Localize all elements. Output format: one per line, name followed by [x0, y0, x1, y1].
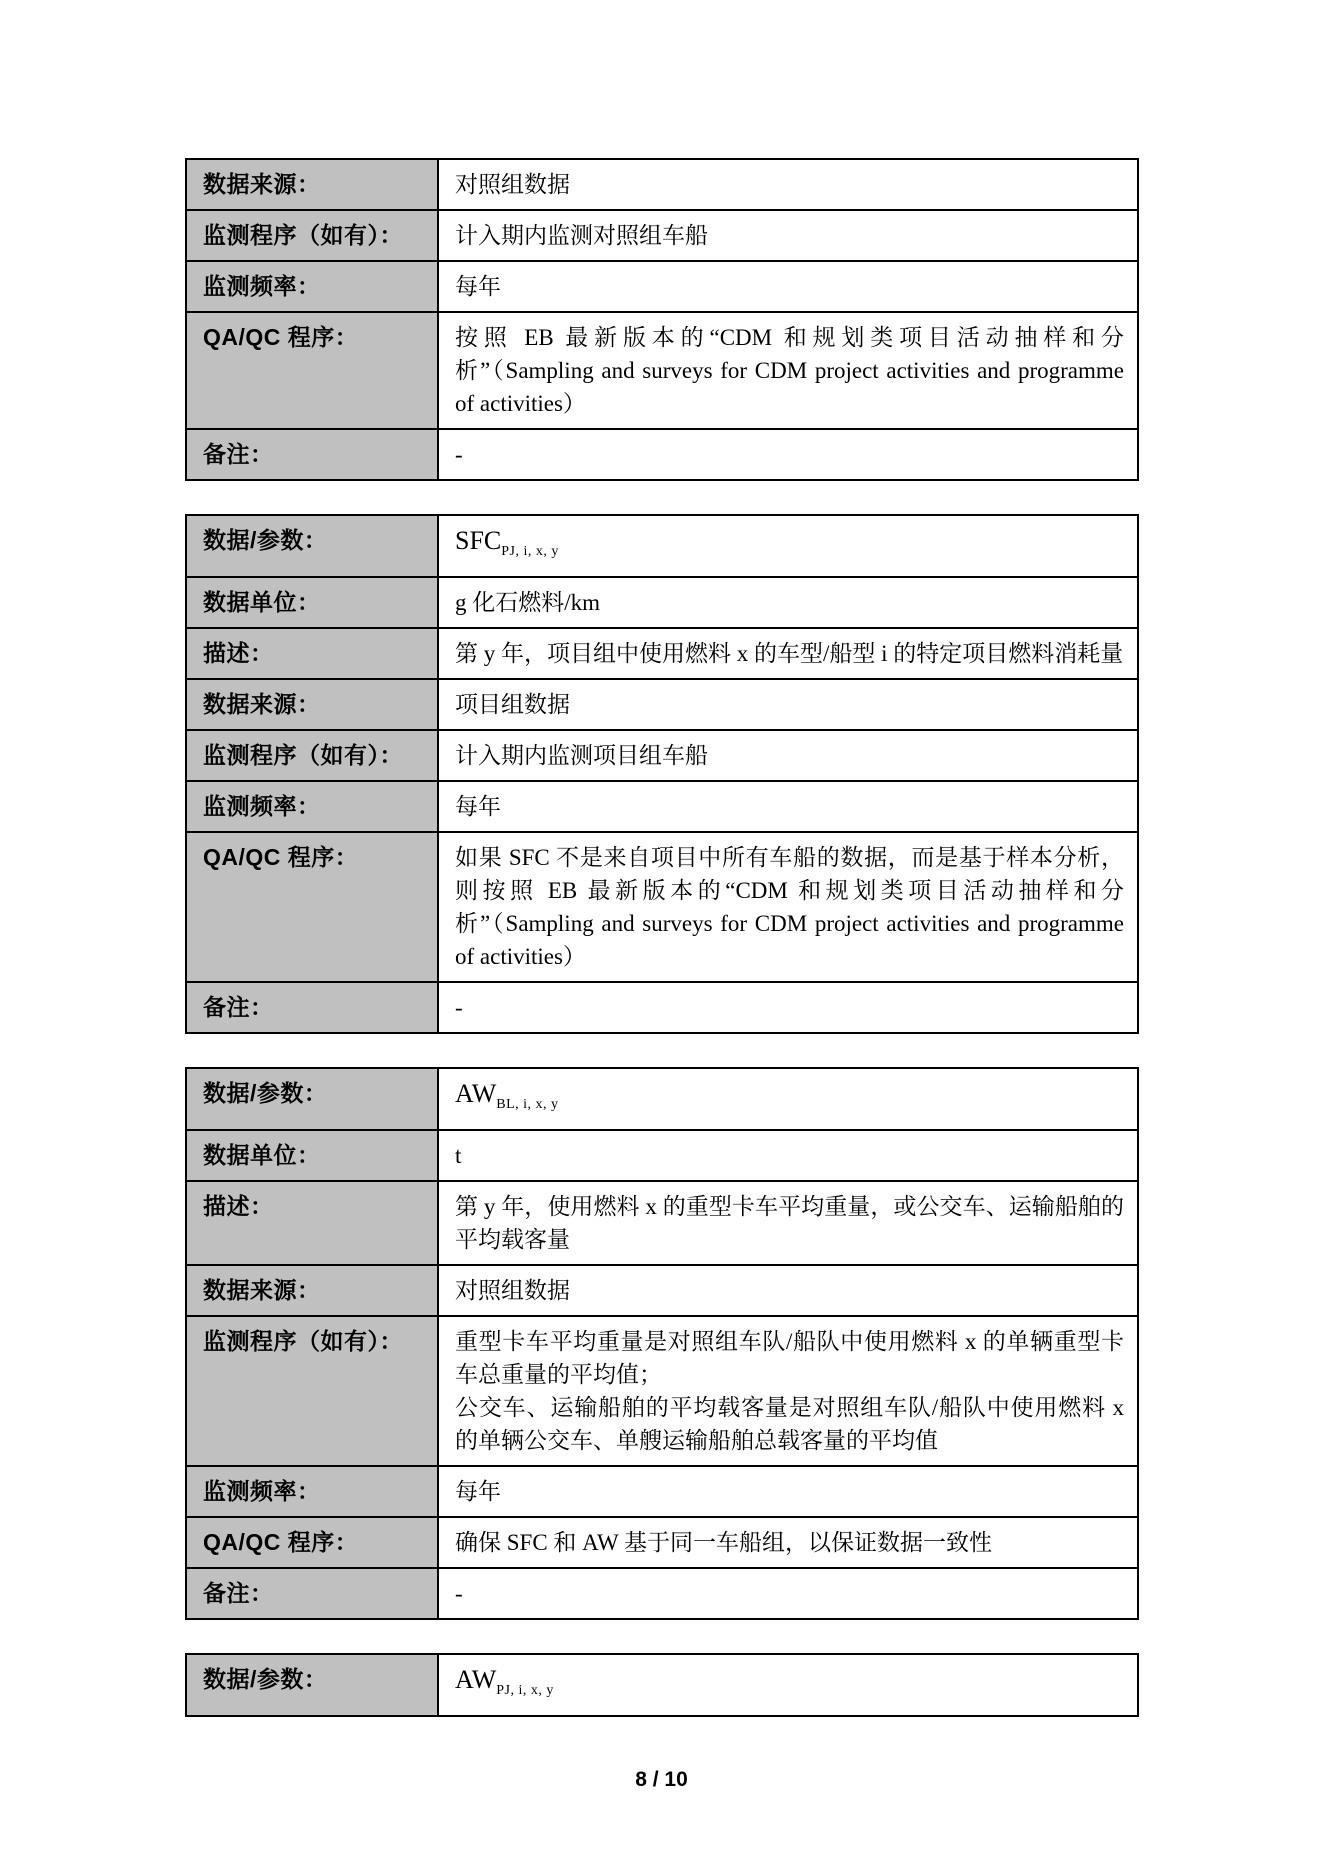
field-value-data-source: 对照组数据: [438, 159, 1138, 210]
field-label-data-parameter: 数据/参数：: [186, 515, 438, 577]
parameter-table-sfc-pj: 数据/参数： SFCPJ, i, x, y 数据单位： g 化石燃料/km 描述…: [185, 514, 1139, 1034]
field-value-qaqc-procedure: 确保 SFC 和 AW 基于同一车船组，以保证数据一致性: [438, 1517, 1138, 1568]
table-row: QA/QC 程序： 如果 SFC 不是来自项目中所有车船的数据，而是基于样本分析…: [186, 832, 1138, 982]
field-value-monitoring-procedure: 计入期内监测对照组车船: [438, 210, 1138, 261]
table-row: 监测程序（如有）： 计入期内监测对照组车船: [186, 210, 1138, 261]
field-value-monitoring-frequency: 每年: [438, 261, 1138, 312]
table-row: 数据/参数： AWBL, i, x, y: [186, 1068, 1138, 1130]
field-label-description: 描述：: [186, 628, 438, 679]
parameter-subscript: BL, i, x, y: [496, 1097, 558, 1112]
field-value-remarks: -: [438, 1568, 1138, 1619]
table-row: 数据来源： 对照组数据: [186, 1265, 1138, 1316]
field-label-data-parameter: 数据/参数：: [186, 1068, 438, 1130]
table-row: 监测频率： 每年: [186, 261, 1138, 312]
parameter-subscript: PJ, i, x, y: [496, 1683, 554, 1698]
field-label-monitoring-procedure: 监测程序（如有）：: [186, 210, 438, 261]
parameter-name: AWBL, i, x, y: [438, 1068, 1138, 1130]
table-row: 监测程序（如有）： 计入期内监测项目组车船: [186, 730, 1138, 781]
field-label-monitoring-frequency: 监测频率：: [186, 1466, 438, 1517]
parameter-base: AW: [455, 1079, 496, 1108]
table-row: 数据/参数： AWPJ, i, x, y: [186, 1654, 1138, 1716]
table-row: 数据单位： t: [186, 1130, 1138, 1181]
field-value-remarks: -: [438, 429, 1138, 480]
field-label-data-unit: 数据单位：: [186, 577, 438, 628]
parameter-name: AWPJ, i, x, y: [438, 1654, 1138, 1716]
parameter-base: AW: [455, 1665, 496, 1694]
page-number: 8 / 10: [0, 1768, 1323, 1792]
field-value-description: 第 y 年，使用燃料 x 的重型卡车平均重量，或公交车、运输船舶的平均载客量: [438, 1181, 1138, 1265]
parameter-subscript: PJ, i, x, y: [501, 544, 559, 559]
field-label-remarks: 备注：: [186, 1568, 438, 1619]
field-label-qaqc-procedure: QA/QC 程序：: [186, 312, 438, 429]
field-label-data-source: 数据来源：: [186, 159, 438, 210]
field-label-qaqc-procedure: QA/QC 程序：: [186, 1517, 438, 1568]
field-value-remarks: -: [438, 982, 1138, 1033]
parameter-name: SFCPJ, i, x, y: [438, 515, 1138, 577]
monitoring-table-1: 数据来源： 对照组数据 监测程序（如有）： 计入期内监测对照组车船 监测频率： …: [185, 158, 1139, 481]
field-label-remarks: 备注：: [186, 429, 438, 480]
table-row: 描述： 第 y 年，项目组中使用燃料 x 的车型/船型 i 的特定项目燃料消耗量: [186, 628, 1138, 679]
table-row: QA/QC 程序： 按照 EB 最新版本的“CDM 和规划类项目活动抽样和分析”…: [186, 312, 1138, 429]
table-row: 描述： 第 y 年，使用燃料 x 的重型卡车平均重量，或公交车、运输船舶的平均载…: [186, 1181, 1138, 1265]
parameter-table-aw-pj: 数据/参数： AWPJ, i, x, y: [185, 1653, 1139, 1717]
field-value-data-unit: t: [438, 1130, 1138, 1181]
table-row: 监测频率： 每年: [186, 1466, 1138, 1517]
table-row: 备注： -: [186, 429, 1138, 480]
table-row: QA/QC 程序： 确保 SFC 和 AW 基于同一车船组，以保证数据一致性: [186, 1517, 1138, 1568]
table-row: 数据单位： g 化石燃料/km: [186, 577, 1138, 628]
field-label-qaqc-procedure: QA/QC 程序：: [186, 832, 438, 982]
field-label-data-source: 数据来源：: [186, 1265, 438, 1316]
field-value-monitoring-frequency: 每年: [438, 1466, 1138, 1517]
field-label-data-unit: 数据单位：: [186, 1130, 438, 1181]
field-label-monitoring-procedure: 监测程序（如有）：: [186, 730, 438, 781]
field-value-description: 第 y 年，项目组中使用燃料 x 的车型/船型 i 的特定项目燃料消耗量: [438, 628, 1138, 679]
table-row: 数据来源： 项目组数据: [186, 679, 1138, 730]
field-value-qaqc-procedure: 如果 SFC 不是来自项目中所有车船的数据，而是基于样本分析，则按照 EB 最新…: [438, 832, 1138, 982]
field-label-data-parameter: 数据/参数：: [186, 1654, 438, 1716]
table-row: 数据来源： 对照组数据: [186, 159, 1138, 210]
field-value-qaqc-procedure: 按照 EB 最新版本的“CDM 和规划类项目活动抽样和分析”（Sampling …: [438, 312, 1138, 429]
field-value-monitoring-procedure: 计入期内监测项目组车船: [438, 730, 1138, 781]
field-label-description: 描述：: [186, 1181, 438, 1265]
parameter-table-aw-bl: 数据/参数： AWBL, i, x, y 数据单位： t 描述： 第 y 年，使…: [185, 1067, 1139, 1620]
field-value-data-unit: g 化石燃料/km: [438, 577, 1138, 628]
field-value-data-source: 项目组数据: [438, 679, 1138, 730]
table-row: 备注： -: [186, 1568, 1138, 1619]
field-label-remarks: 备注：: [186, 982, 438, 1033]
document-page: 数据来源： 对照组数据 监测程序（如有）： 计入期内监测对照组车船 监测频率： …: [185, 158, 1137, 1717]
field-label-monitoring-procedure: 监测程序（如有）：: [186, 1316, 438, 1466]
parameter-base: SFC: [455, 526, 501, 555]
table-row: 监测频率： 每年: [186, 781, 1138, 832]
field-value-monitoring-frequency: 每年: [438, 781, 1138, 832]
field-label-monitoring-frequency: 监测频率：: [186, 781, 438, 832]
field-label-data-source: 数据来源：: [186, 679, 438, 730]
field-label-monitoring-frequency: 监测频率：: [186, 261, 438, 312]
field-value-monitoring-procedure: 重型卡车平均重量是对照组车队/船队中使用燃料 x 的单辆重型卡车总重量的平均值；…: [438, 1316, 1138, 1466]
field-value-data-source: 对照组数据: [438, 1265, 1138, 1316]
table-row: 监测程序（如有）： 重型卡车平均重量是对照组车队/船队中使用燃料 x 的单辆重型…: [186, 1316, 1138, 1466]
table-row: 数据/参数： SFCPJ, i, x, y: [186, 515, 1138, 577]
table-row: 备注： -: [186, 982, 1138, 1033]
